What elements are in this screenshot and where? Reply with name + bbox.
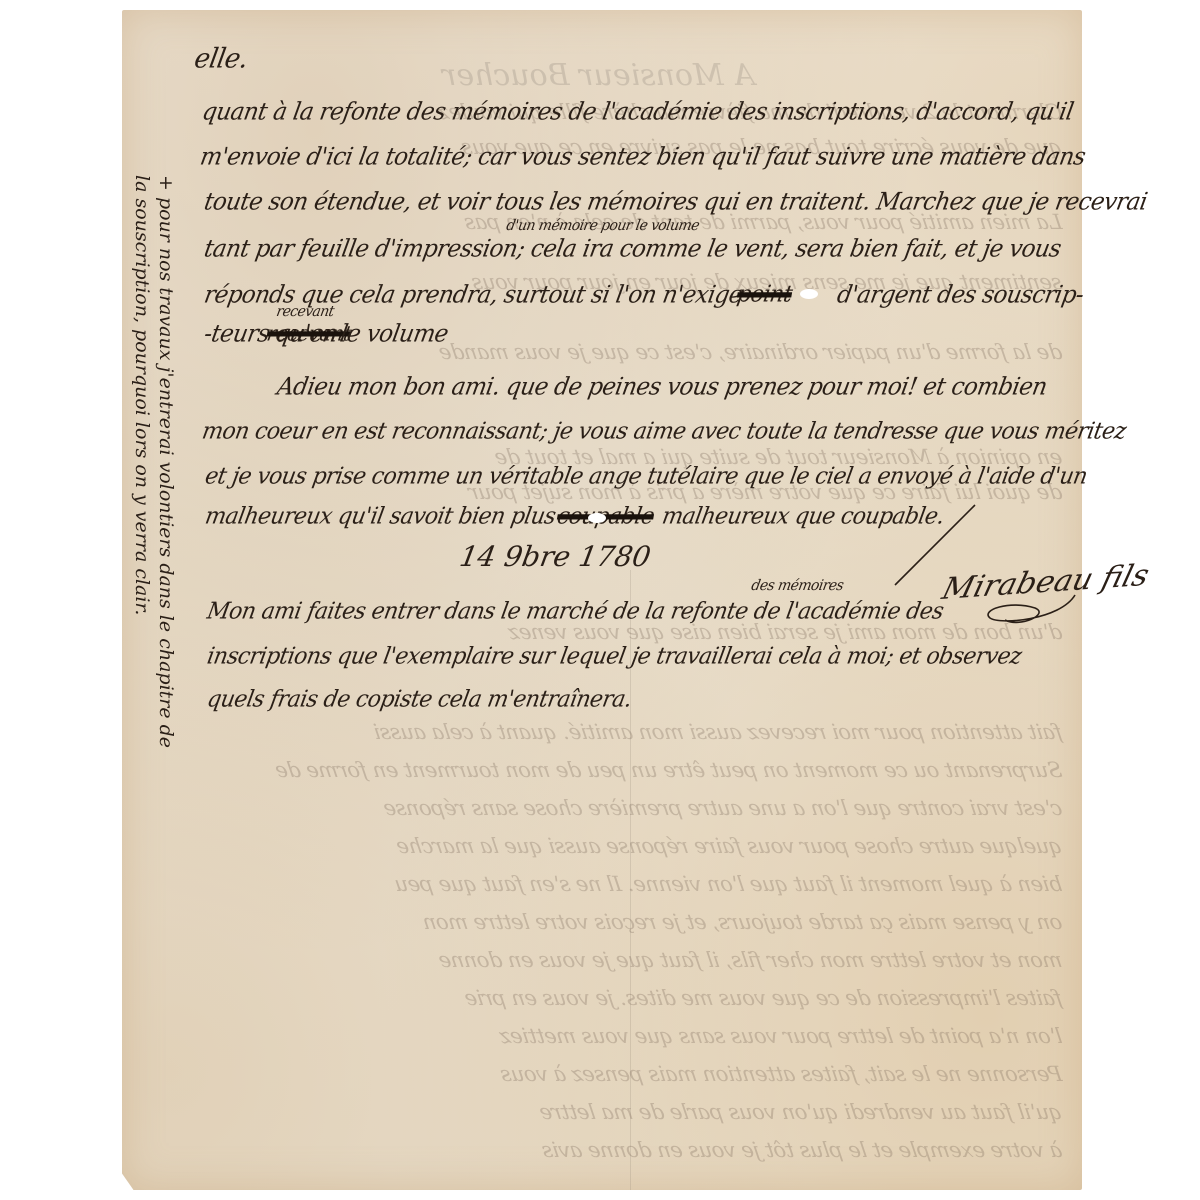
- bleed-through-address: A Monsieur Boucher: [442, 58, 755, 93]
- letter-line: Adieu mon bon ami. que de peines vous pr…: [275, 374, 1049, 401]
- postscript-line: quels frais de copiste cela m'entraînera…: [205, 687, 634, 713]
- margin-note-line: + pour nos travaux j'entrerai volontiers…: [154, 175, 178, 748]
- struck-word: point: [735, 282, 794, 308]
- letter-line: mon coeur en est reconnaissant; je vous …: [200, 419, 1128, 445]
- bleed-line: Surprenant ou ce moment on peut être un …: [180, 758, 1063, 782]
- bleed-line: l'on n'a point de lettre pour vous sans …: [180, 1024, 1063, 1048]
- bleed-line: à votre exemple et le plus tôt je vous e…: [180, 1138, 1063, 1162]
- paper-hole: [588, 513, 606, 523]
- paper-hole: [800, 289, 818, 299]
- signature-flourish: [980, 590, 1080, 630]
- bleed-line: mon et votre lettre mon cher fils, il fa…: [180, 948, 1063, 972]
- letter-line: quant à la refonte des mémoires de l'aca…: [200, 99, 1075, 126]
- interlinear-insertion: des mémoires: [750, 577, 845, 594]
- letter-line: elle.: [192, 44, 250, 76]
- bleed-line: faites l'impression de ce que vous me di…: [180, 986, 1063, 1010]
- letter-line: malheureux qu'il savoit bien plus: [203, 504, 558, 530]
- letter-line: et je vous prise comme un véritable ange…: [203, 464, 1089, 490]
- postscript-line: Mon ami faites entrer dans le marché de …: [205, 599, 945, 625]
- letter-line: d'argent des souscrip-: [835, 282, 1086, 309]
- bleed-line: on y pense mais ça tarde toujours, et je…: [180, 910, 1063, 934]
- bleed-line: fait attention pour moi recevez aussi mo…: [180, 720, 1063, 744]
- bleed-line: Personne ne le sait, faites attention ma…: [180, 1062, 1063, 1086]
- letter-line: le volume: [338, 321, 450, 348]
- interlinear-insertion: recevant: [275, 303, 335, 320]
- bleed-line: bien à quel moment il faut que l'on vien…: [180, 872, 1063, 896]
- letter-line: toute son étendue, et voir tous les mémo…: [202, 189, 1149, 216]
- bleed-line: qu'il faut au vendredi qu'on vous parle …: [180, 1100, 1063, 1124]
- margin-note: + pour nos travaux j'entrerai volontiers…: [130, 175, 178, 748]
- page-number-pencil-note: n. 3: [1147, 45, 1162, 83]
- margin-note-line: la souscription, pourquoi lors on y verr…: [130, 175, 154, 748]
- interlinear-insertion: d'un mémoire pour le volume: [505, 217, 700, 234]
- letter-line: m'envoie d'ici la totalité; car vous sen…: [198, 144, 1087, 171]
- letter-line: tant par feuille d'impression; cela ira …: [202, 236, 1063, 263]
- letter-date: 14 9bre 1780: [457, 540, 653, 573]
- postscript-line: inscriptions que l'exemplaire sur lequel…: [205, 644, 1023, 670]
- bleed-line: c'est vrai contre que l'on a une autre p…: [180, 796, 1063, 820]
- bleed-line: quelque autre chose pour vous faire répo…: [180, 834, 1063, 858]
